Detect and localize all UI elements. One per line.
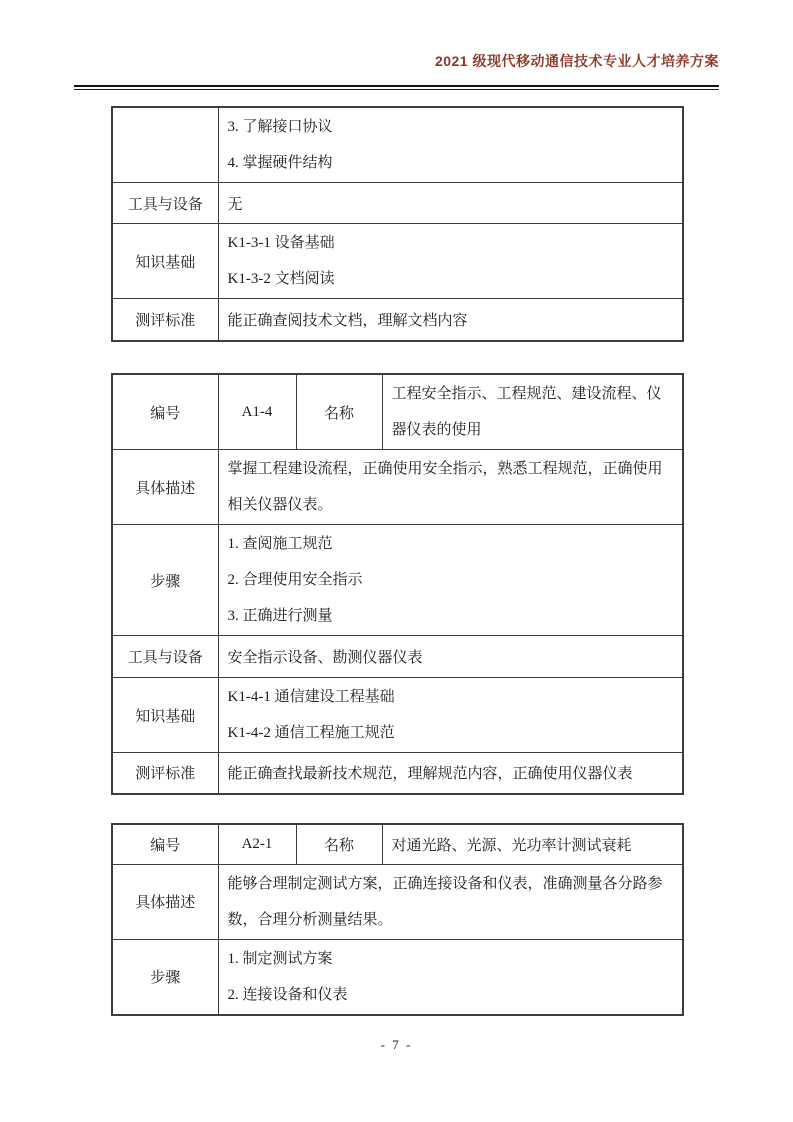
task-table-k1-3: 3. 了解接口协议 4. 掌握硬件结构 工具与设备 无 知识基础 K1-3-1 …	[111, 106, 684, 342]
row-label-eval: 测评标准	[112, 753, 218, 794]
steps-cell: 3. 了解接口协议 4. 掌握硬件结构	[218, 107, 683, 183]
name-label: 名称	[296, 374, 382, 450]
task-code: A1-4	[218, 374, 296, 450]
step-line: 3. 正确进行测量	[228, 598, 675, 634]
row-label-id: 编号	[112, 374, 218, 450]
tools-value: 安全指示设备、勘测仪器仪表	[218, 636, 683, 678]
name-label: 名称	[296, 824, 382, 864]
table-row: 编号 A2-1 名称 对通光路、光源、光功率计测试衰耗	[112, 824, 683, 864]
page-number: - 7 -	[0, 1037, 793, 1053]
table-row: 具体描述 能够合理制定测试方案，正确连接设备和仪表，准确测量各分路参数，合理分析…	[112, 864, 683, 939]
knowledge-line: K1-4-2 通信工程施工规范	[228, 715, 675, 751]
eval-value: 能正确查阅技术文档，理解文档内容	[218, 299, 683, 341]
step-line: 1. 制定测试方案	[228, 941, 675, 977]
steps-cell: 1. 查阅施工规范 2. 合理使用安全指示 3. 正确进行测量	[218, 525, 683, 636]
row-label-empty	[112, 107, 218, 183]
row-label-id: 编号	[112, 824, 218, 864]
knowledge-line: K1-3-2 文档阅读	[228, 261, 675, 297]
step-line: 4. 掌握硬件结构	[228, 145, 675, 181]
step-line: 1. 查阅施工规范	[228, 526, 675, 562]
row-label-knowledge: 知识基础	[112, 224, 218, 299]
row-label-desc: 具体描述	[112, 864, 218, 939]
task-name: 对通光路、光源、光功率计测试衰耗	[382, 824, 683, 864]
row-label-steps: 步骤	[112, 525, 218, 636]
row-label-desc: 具体描述	[112, 450, 218, 525]
desc-value: 掌握工程建设流程，正确使用安全指示，熟悉工程规范，正确使用相关仪器仪表。	[218, 450, 683, 525]
table-row: 编号 A1-4 名称 工程安全指示、工程规范、建设流程、仪器仪表的使用	[112, 374, 683, 450]
row-label-tools: 工具与设备	[112, 183, 218, 224]
table-row: 测评标准 能正确查阅技术文档，理解文档内容	[112, 299, 683, 341]
table-row: 测评标准 能正确查找最新技术规范，理解规范内容，正确使用仪器仪表	[112, 753, 683, 794]
table-row: 具体描述 掌握工程建设流程，正确使用安全指示，熟悉工程规范，正确使用相关仪器仪表…	[112, 450, 683, 525]
knowledge-cell: K1-3-1 设备基础 K1-3-2 文档阅读	[218, 224, 683, 299]
table-row: 3. 了解接口协议 4. 掌握硬件结构	[112, 107, 683, 183]
task-code: A2-1	[218, 824, 296, 864]
table-row: 步骤 1. 制定测试方案 2. 连接设备和仪表	[112, 939, 683, 1015]
table-row: 知识基础 K1-4-1 通信建设工程基础 K1-4-2 通信工程施工规范	[112, 678, 683, 753]
table-row: 工具与设备 无	[112, 183, 683, 224]
row-label-steps: 步骤	[112, 939, 218, 1015]
header-double-rule	[74, 85, 719, 90]
task-table-a2-1: 编号 A2-1 名称 对通光路、光源、光功率计测试衰耗 具体描述 能够合理制定测…	[111, 823, 684, 1016]
document-page: 2021 级现代移动通信技术专业人才培养方案 3. 了解接口协议 4. 掌握硬件…	[0, 0, 793, 1122]
row-label-tools: 工具与设备	[112, 636, 218, 678]
desc-value: 能够合理制定测试方案，正确连接设备和仪表，准确测量各分路参数，合理分析测量结果。	[218, 864, 683, 939]
step-line: 2. 连接设备和仪表	[228, 977, 675, 1013]
row-label-eval: 测评标准	[112, 299, 218, 341]
table-row: 步骤 1. 查阅施工规范 2. 合理使用安全指示 3. 正确进行测量	[112, 525, 683, 636]
task-name: 工程安全指示、工程规范、建设流程、仪器仪表的使用	[382, 374, 683, 450]
tools-value: 无	[218, 183, 683, 224]
page-header-title: 2021 级现代移动通信技术专业人才培养方案	[74, 51, 719, 71]
eval-value: 能正确查找最新技术规范，理解规范内容，正确使用仪器仪表	[218, 753, 683, 794]
steps-cell: 1. 制定测试方案 2. 连接设备和仪表	[218, 939, 683, 1015]
table-row: 知识基础 K1-3-1 设备基础 K1-3-2 文档阅读	[112, 224, 683, 299]
knowledge-line: K1-3-1 设备基础	[228, 225, 675, 261]
row-label-knowledge: 知识基础	[112, 678, 218, 753]
task-table-a1-4: 编号 A1-4 名称 工程安全指示、工程规范、建设流程、仪器仪表的使用 具体描述…	[111, 373, 684, 795]
step-line: 2. 合理使用安全指示	[228, 562, 675, 598]
knowledge-cell: K1-4-1 通信建设工程基础 K1-4-2 通信工程施工规范	[218, 678, 683, 753]
step-line: 3. 了解接口协议	[228, 109, 675, 145]
knowledge-line: K1-4-1 通信建设工程基础	[228, 679, 675, 715]
table-row: 工具与设备 安全指示设备、勘测仪器仪表	[112, 636, 683, 678]
